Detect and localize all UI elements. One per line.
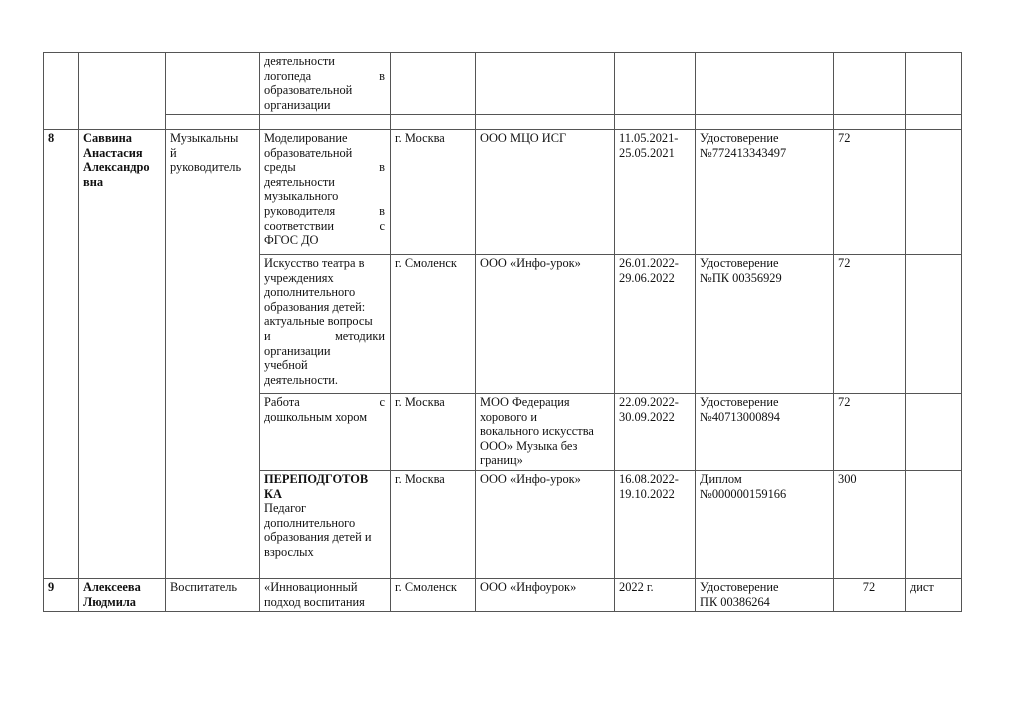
cell-line: 72 <box>838 395 900 410</box>
dates-cell: 11.05.2021-25.05.2021 <box>614 130 695 160</box>
table-rule <box>961 52 962 612</box>
course-title-cell: Искусство театра вучрежденияхдополнитель… <box>259 255 390 387</box>
cell-line: 19.10.2022 <box>619 487 690 502</box>
organization-cell: ООО «Инфоурок» <box>475 579 614 595</box>
cell-line: 22.09.2022- <box>619 395 690 410</box>
employee-name-cell: СаввинаАнастасияАлександровна <box>78 130 165 189</box>
cell-word: в <box>379 204 385 219</box>
position-cell: Воспитатель <box>165 579 259 595</box>
city-cell: г. Москва <box>390 130 475 146</box>
certificate-cell: Диплом№000000159166 <box>695 471 833 501</box>
cell-line: Музыкальны <box>170 131 254 146</box>
cell-line: логопедав <box>264 69 385 84</box>
table-rule <box>165 114 962 115</box>
cell-line: Работас <box>264 395 385 410</box>
cell-word: соответствии <box>264 219 334 234</box>
organization-cell: МОО Федерацияхорового ивокального искусс… <box>475 394 614 468</box>
cell-word: в <box>379 160 385 175</box>
table-rule <box>43 611 962 612</box>
cell-line: 25.05.2021 <box>619 146 690 161</box>
cell-line: Диплом <box>700 472 828 487</box>
cell-line: 11.05.2021- <box>619 131 690 146</box>
cell-line: ООО «Инфо-урок» <box>480 256 609 271</box>
cell-line: ООО «Инфо-урок» <box>480 472 609 487</box>
cell-line: деятельности. <box>264 373 385 388</box>
cell-word: руководителя <box>264 204 335 219</box>
table-rule <box>905 52 906 612</box>
cell-line: 72 <box>838 580 900 595</box>
cell-line: 300 <box>838 472 900 487</box>
cell-line: Анастасия <box>83 146 160 161</box>
cell-line: Удостоверение <box>700 131 828 146</box>
course-title-cell: «Инновационныйподход воспитания <box>259 579 390 609</box>
certificate-cell: Удостоверение№772413343497 <box>695 130 833 160</box>
row-number-cell: 8 <box>43 130 78 146</box>
organization-cell: ООО МЦО ИСГ <box>475 130 614 146</box>
city-cell: г. Москва <box>390 471 475 487</box>
cell-word: с <box>380 395 386 410</box>
cell-line: учреждениях <box>264 271 385 286</box>
cell-line: Александро <box>83 160 160 175</box>
cell-line: организации <box>264 344 385 359</box>
cell-line: г. Москва <box>395 395 470 410</box>
cell-line: г. Смоленск <box>395 256 470 271</box>
cell-word: и <box>264 329 271 344</box>
cell-heading: ПЕРЕПОДГОТОВ <box>264 472 385 487</box>
cell-line: средыв <box>264 160 385 175</box>
cell-line: ООО» Музыка без <box>480 439 609 454</box>
cell-line: №772413343497 <box>700 146 828 161</box>
table-rule <box>43 52 962 53</box>
form-cell <box>905 394 961 395</box>
cell-line: Удостоверение <box>700 395 828 410</box>
cell-line: Алексеева <box>83 580 160 595</box>
organization-cell: ООО «Инфо-урок» <box>475 255 614 271</box>
cell-line: вна <box>83 175 160 190</box>
cell-line: образовательной <box>264 146 385 161</box>
dates-cell: 2022 г. <box>614 579 695 595</box>
cell-line: музыкального <box>264 189 385 204</box>
cell-line: №ПК 00356929 <box>700 271 828 286</box>
certificate-cell: УдостоверениеПК 00386264 <box>695 579 833 609</box>
form-cell: дист <box>905 579 961 595</box>
document-page: деятельностилогопедавобразовательнойорга… <box>0 0 1024 724</box>
cell-line: 26.01.2022- <box>619 256 690 271</box>
cell-line: руководитель <box>170 160 254 175</box>
cell-line: 72 <box>838 131 900 146</box>
cell-line: организации <box>264 98 385 113</box>
cell-line: взрослых <box>264 545 385 560</box>
cell-line: образовательной <box>264 83 385 98</box>
course-title-cell: Работасдошкольным хором <box>259 394 390 424</box>
course-title-cell: Моделированиеобразовательнойсредывдеятел… <box>259 130 390 248</box>
cell-line: Педагог <box>264 501 385 516</box>
cell-line: актуальные вопросы <box>264 314 385 329</box>
organization-cell: ООО «Инфо-урок» <box>475 471 614 487</box>
cell-line: 72 <box>838 256 900 271</box>
cell-line: соответствиис <box>264 219 385 234</box>
hours-cell: 72 <box>833 255 905 271</box>
cell-line: 16.08.2022- <box>619 472 690 487</box>
dates-cell: 16.08.2022-19.10.2022 <box>614 471 695 501</box>
form-cell <box>905 130 961 131</box>
cell-word: Работа <box>264 395 300 410</box>
hours-cell: 72 <box>833 130 905 146</box>
cell-line: ООО «Инфоурок» <box>480 580 609 595</box>
cell-line: дист <box>910 580 956 595</box>
cell-line: г. Смоленск <box>395 580 470 595</box>
cell-line: подход воспитания <box>264 595 385 610</box>
cell-word: в <box>379 69 385 84</box>
cell-heading: КА <box>264 487 385 502</box>
position-cell: Музыкальныйруководитель <box>165 130 259 175</box>
city-cell: г. Смоленск <box>390 579 475 595</box>
cell-line: №000000159166 <box>700 487 828 502</box>
employee-name-cell: АлексееваЛюдмила <box>78 579 165 609</box>
form-cell <box>905 471 961 472</box>
cell-line: учебной <box>264 358 385 373</box>
course-title-cell: деятельностилогопедавобразовательнойорга… <box>259 53 390 112</box>
cell-line: «Инновационный <box>264 580 385 595</box>
course-title-cell: ПЕРЕПОДГОТОВКАПедагогдополнительногообра… <box>259 471 390 560</box>
cell-line: г. Москва <box>395 131 470 146</box>
dates-cell: 26.01.2022-29.06.2022 <box>614 255 695 285</box>
cell-line: 30.09.2022 <box>619 410 690 425</box>
cell-line: й <box>170 146 254 161</box>
cell-line: 9 <box>48 580 73 595</box>
cell-word: логопеда <box>264 69 311 84</box>
cell-line: г. Москва <box>395 472 470 487</box>
hours-cell: 300 <box>833 471 905 487</box>
cell-line: 2022 г. <box>619 580 690 595</box>
row-number-cell: 9 <box>43 579 78 595</box>
cell-word: среды <box>264 160 296 175</box>
city-cell: г. Смоленск <box>390 255 475 271</box>
cell-line: Воспитатель <box>170 580 254 595</box>
cell-line: деятельности <box>264 54 385 69</box>
cell-line: деятельности <box>264 175 385 190</box>
cell-line: образования детей и <box>264 530 385 545</box>
dates-cell: 22.09.2022-30.09.2022 <box>614 394 695 424</box>
cell-line: Искусство театра в <box>264 256 385 271</box>
cell-line: Моделирование <box>264 131 385 146</box>
certificate-cell: Удостоверение№ПК 00356929 <box>695 255 833 285</box>
cell-line: Саввина <box>83 131 160 146</box>
cell-line: ООО МЦО ИСГ <box>480 131 609 146</box>
cell-line: вокального искусства <box>480 424 609 439</box>
cell-line: дополнительного <box>264 516 385 531</box>
cell-line: границ» <box>480 453 609 468</box>
cell-line: Удостоверение <box>700 580 828 595</box>
cell-line: иметодики <box>264 329 385 344</box>
form-cell <box>905 255 961 256</box>
city-cell: г. Москва <box>390 394 475 410</box>
hours-cell: 72 <box>833 579 905 595</box>
cell-line: ФГОС ДО <box>264 233 385 248</box>
cell-line: №40713000894 <box>700 410 828 425</box>
cell-line: 8 <box>48 131 73 146</box>
hours-cell: 72 <box>833 394 905 410</box>
cell-line: 29.06.2022 <box>619 271 690 286</box>
cell-word: методики <box>335 329 385 344</box>
certificate-cell: Удостоверение№40713000894 <box>695 394 833 424</box>
cell-line: дополнительного <box>264 285 385 300</box>
cell-line: руководителяв <box>264 204 385 219</box>
cell-line: образования детей: <box>264 300 385 315</box>
cell-line: Людмила <box>83 595 160 610</box>
cell-line: ПК 00386264 <box>700 595 828 610</box>
cell-line: МОО Федерация <box>480 395 609 410</box>
cell-line: дошкольным хором <box>264 410 385 425</box>
cell-line: хорового и <box>480 410 609 425</box>
cell-word: с <box>380 219 386 234</box>
cell-line: Удостоверение <box>700 256 828 271</box>
